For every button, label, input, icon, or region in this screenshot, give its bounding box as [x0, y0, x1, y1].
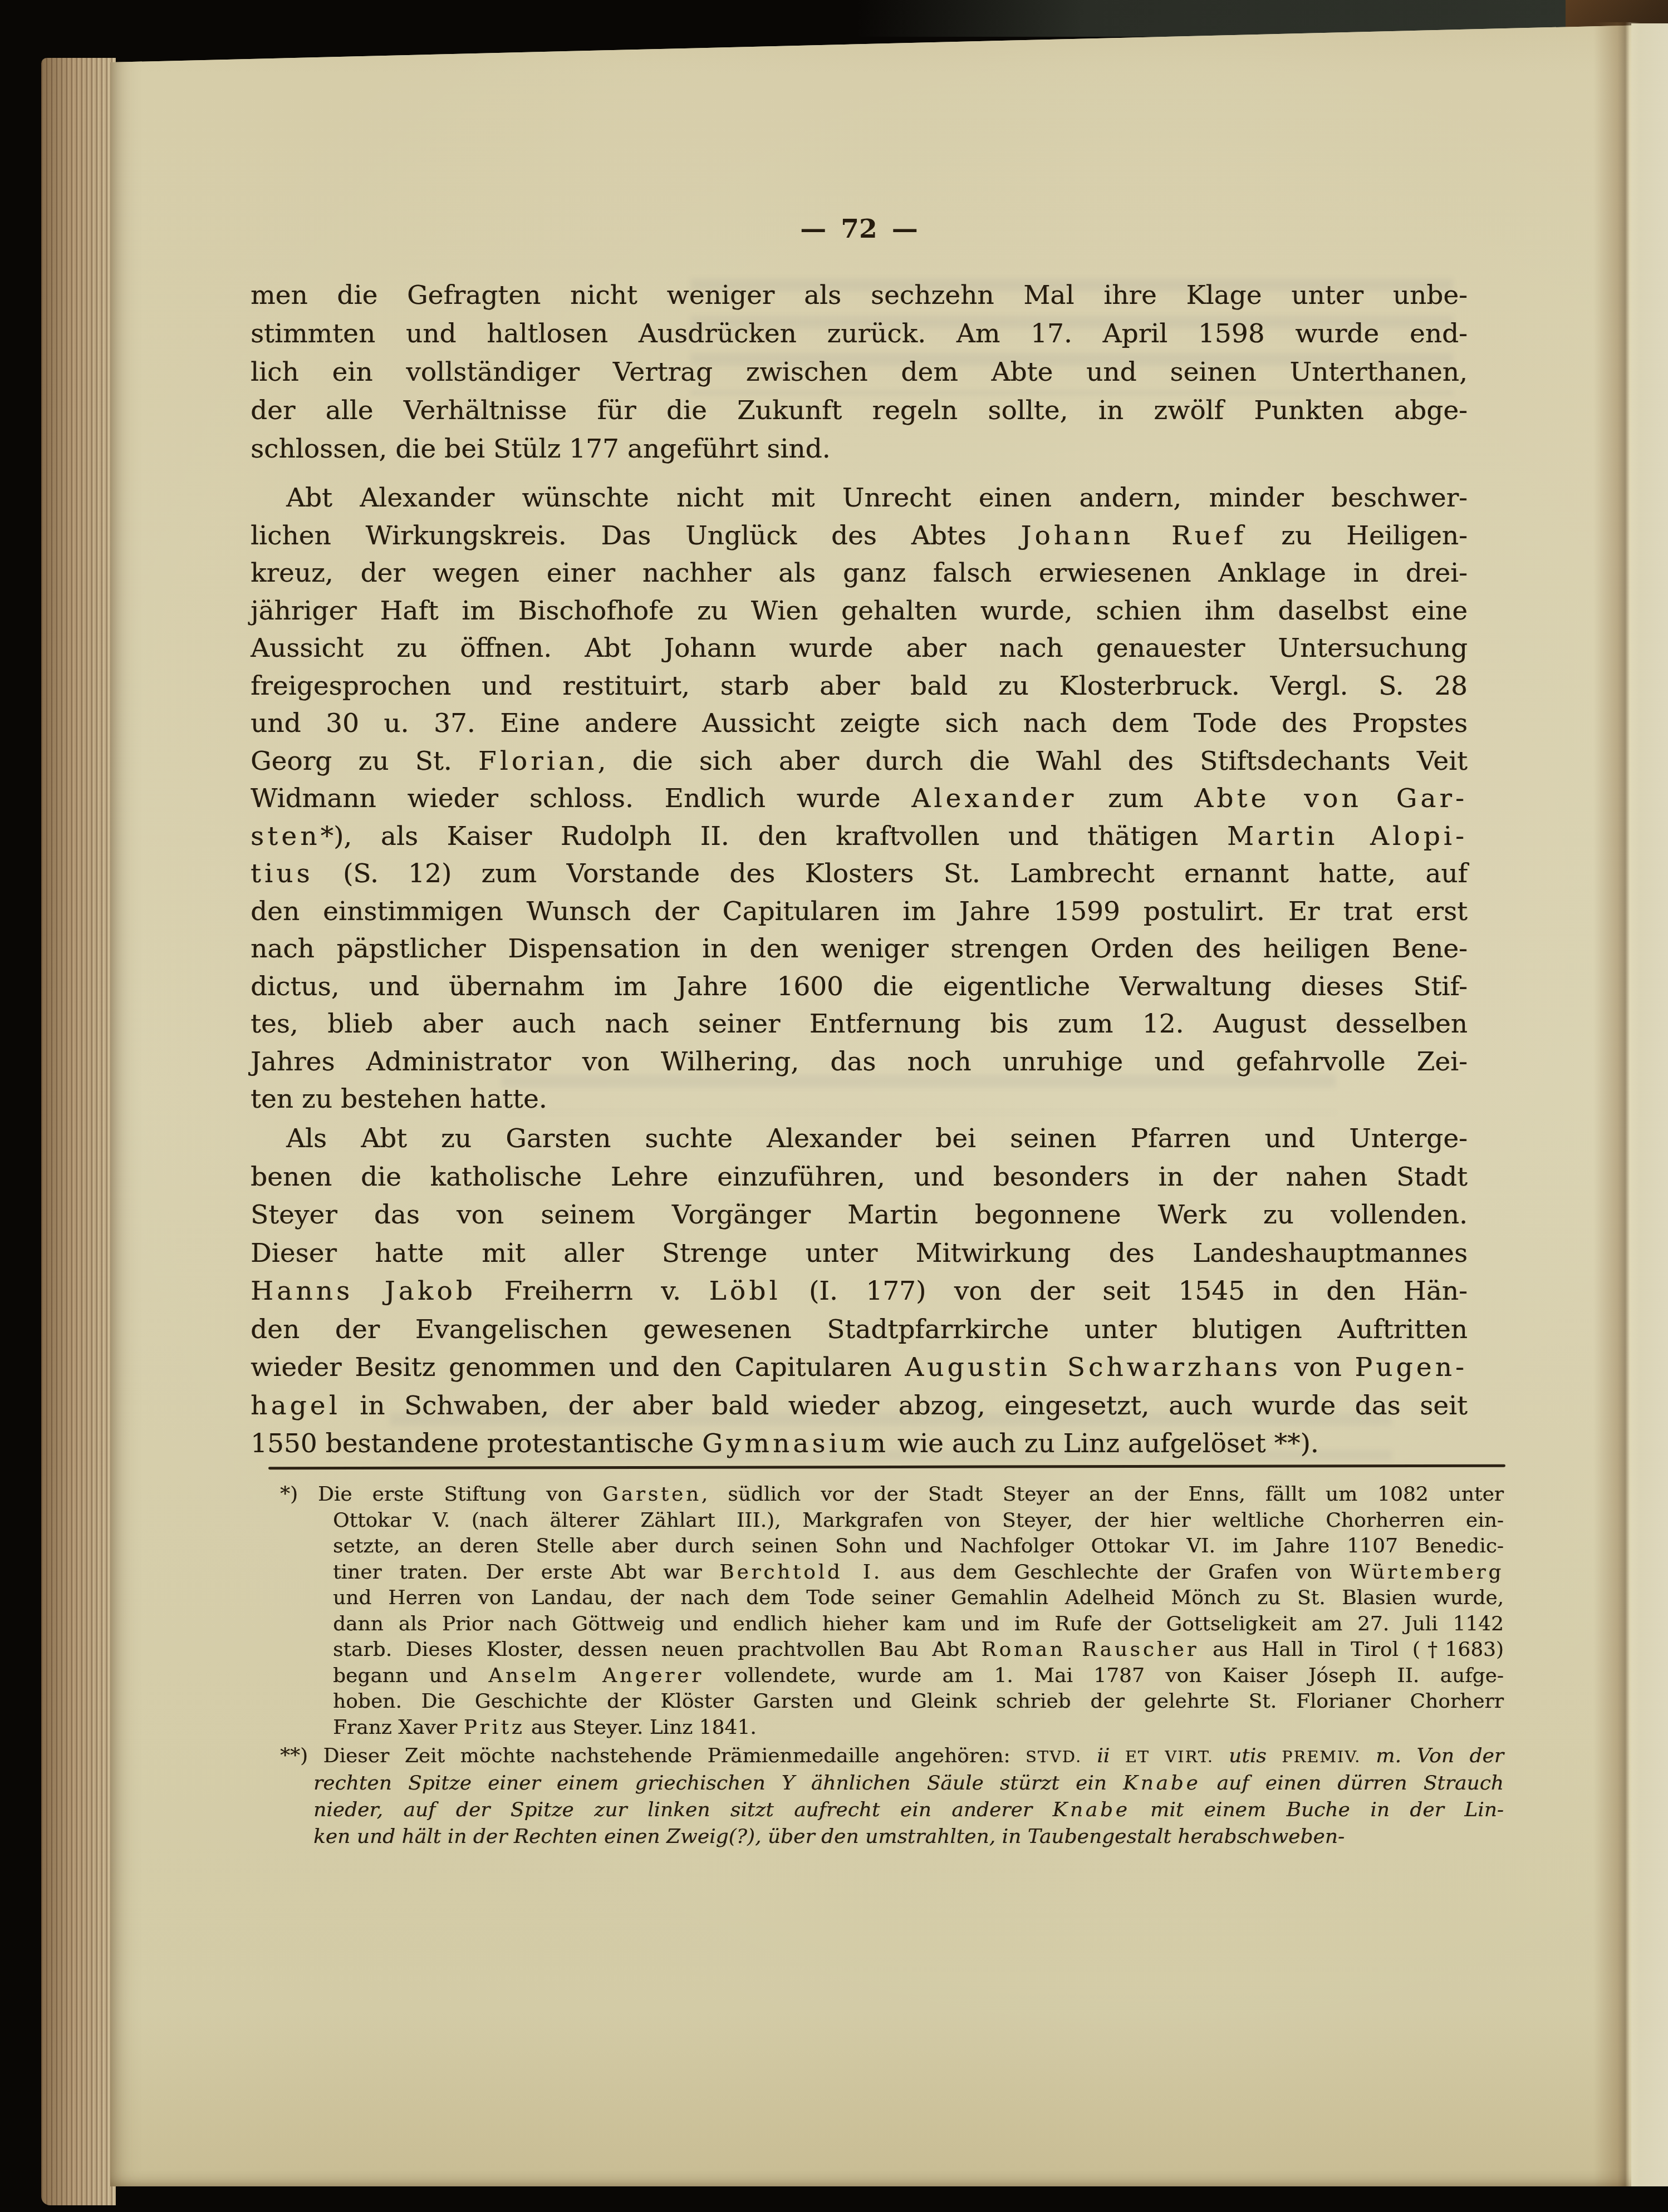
- footnote-line: Franz Xaver Pritz aus Steyer. Linz 1841.: [280, 1715, 1504, 1741]
- text-line: lich ein vollständiger Vertrag zwischen …: [251, 353, 1468, 391]
- text-line: sten*), als Kaiser Rudolph II. den kraft…: [251, 818, 1468, 856]
- footnote-line: begann und Anselm Angerer vollendete, wu…: [280, 1663, 1504, 1689]
- text-line: Dieser hatte mit aller Strenge unter Mit…: [251, 1235, 1468, 1273]
- footnote-line: und Herren von Landau, der nach dem Tode…: [280, 1585, 1504, 1611]
- text-line: ten zu bestehen hatte.: [251, 1080, 1468, 1118]
- footnote-line: *) Die erste Stiftung von Garsten, südli…: [280, 1482, 1504, 1508]
- text-line: Widmann wieder schloss. Endlich wurde Al…: [251, 780, 1468, 818]
- text-line: Georg zu St. Florian, die sich aber durc…: [251, 743, 1468, 780]
- footnote-line: nieder, auf der Spitze zur linken sitzt …: [280, 1797, 1504, 1823]
- text-line: den der Evangelischen gewesenen Stadtpfa…: [251, 1311, 1468, 1349]
- text-line: benen die katholische Lehre einzuführen,…: [251, 1158, 1468, 1197]
- page-header: —72—: [251, 214, 1468, 245]
- header-dash-left: —: [800, 214, 826, 244]
- footnote-praemienmedaille: **) Dieser Zeit möchte nachstehende Präm…: [280, 1743, 1504, 1850]
- footnote-line: Ottokar V. (nach älterer Zählart III.), …: [280, 1508, 1504, 1534]
- footnote-line: ken und hält in der Rechten einen Zweig(…: [280, 1823, 1504, 1850]
- paragraph-abt-alexander: Abt Alexander wünschte nicht mit Unrecht…: [251, 479, 1468, 1118]
- text-line: schlossen, die bei Stülz 177 angeführt s…: [251, 430, 1468, 468]
- text-line: nach päpstlicher Dispensation in den wen…: [251, 930, 1468, 968]
- text-line: und 30 u. 37. Eine andere Aussicht zeigt…: [251, 705, 1468, 743]
- text-line: kreuz, der wegen einer nachher als ganz …: [251, 554, 1468, 592]
- footnote-line: tiner traten. Der erste Abt war Berchtol…: [280, 1560, 1504, 1586]
- paragraph-als-abt-zu-garsten: Als Abt zu Garsten suchte Alexander bei …: [251, 1120, 1468, 1463]
- text-line: tes, blieb aber auch nach seiner Entfern…: [251, 1005, 1468, 1043]
- text-line: Steyer das von seinem Vorgänger Martin b…: [251, 1196, 1468, 1235]
- paragraph-continuation: men die Gefragten nicht weniger als sech…: [251, 276, 1468, 468]
- text-line: dictus, und übernahm im Jahre 1600 die e…: [251, 968, 1468, 1006]
- text-line: Hanns Jakob Freiherrn v. Löbl (I. 177) v…: [251, 1272, 1468, 1311]
- scanned-book-page: —72— men die Gefragten nicht weniger als…: [0, 0, 1668, 2212]
- page-number: 72: [841, 214, 877, 244]
- text-line: jähriger Haft im Bischofhofe zu Wien geh…: [251, 592, 1468, 630]
- text-line: men die Gefragten nicht weniger als sech…: [251, 276, 1468, 314]
- text-line: Jahres Administrator von Wilhering, das …: [251, 1043, 1468, 1081]
- text-line: wieder Besitz genommen und den Capitular…: [251, 1349, 1468, 1387]
- page-edge-stack: [41, 58, 116, 2205]
- footnote-line: hoben. Die Geschichte der Klöster Garste…: [280, 1689, 1504, 1715]
- footnote-line: dann als Prior nach Göttweig und endlich…: [280, 1611, 1504, 1638]
- text-line: tius (S. 12) zum Vorstande des Klosters …: [251, 855, 1468, 893]
- footnote-line: rechten Spitze einer einem griechischen …: [280, 1770, 1504, 1797]
- footnote-garsten-history: *) Die erste Stiftung von Garsten, südli…: [280, 1482, 1504, 1741]
- footnote-line: setzte, an deren Stelle aber durch seine…: [280, 1533, 1504, 1560]
- header-dash-right: —: [892, 214, 918, 244]
- gutter-crease: [1593, 22, 1640, 2186]
- text-line: Abt Alexander wünschte nicht mit Unrecht…: [251, 479, 1468, 517]
- footnote-line: starb. Dieses Kloster, dessen neuen prac…: [280, 1637, 1504, 1663]
- text-line: Als Abt zu Garsten suchte Alexander bei …: [251, 1120, 1468, 1158]
- text-line: hagel in Schwaben, der aber bald wieder …: [251, 1387, 1468, 1425]
- text-line: lichen Wirkungskreis. Das Unglück des Ab…: [251, 517, 1468, 555]
- text-line: freigesprochen und restituirt, starb abe…: [251, 667, 1468, 705]
- text-line: Aussicht zu öffnen. Abt Johann wurde abe…: [251, 630, 1468, 667]
- text-line: stimmten und haltlosen Ausdrücken zurück…: [251, 314, 1468, 353]
- text-line: der alle Verhältnisse für die Zukunft re…: [251, 391, 1468, 430]
- text-line: 1550 bestandene protestantische Gymnasiu…: [251, 1425, 1468, 1463]
- text-line: den einstimmigen Wunsch der Capitularen …: [251, 893, 1468, 931]
- footnote-line: **) Dieser Zeit möchte nachstehende Präm…: [280, 1743, 1504, 1770]
